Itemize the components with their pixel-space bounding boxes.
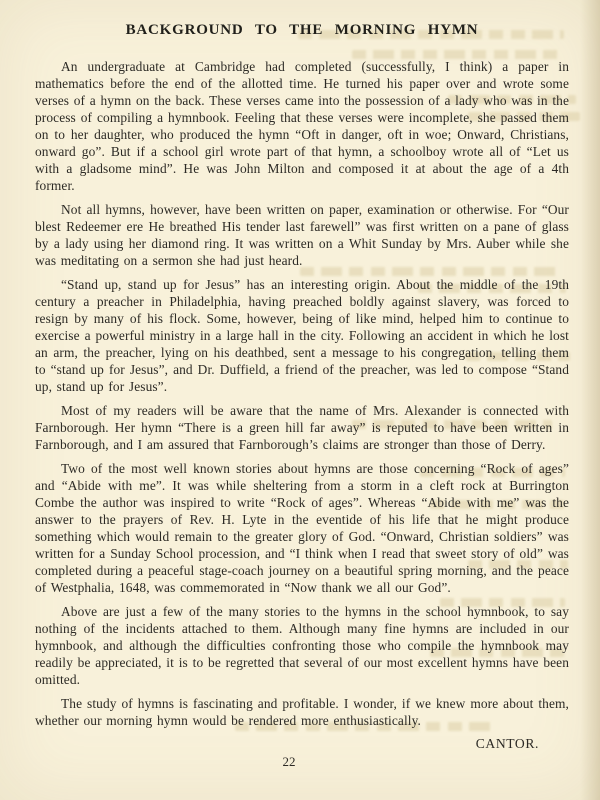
page-gutter-shadow	[580, 0, 600, 800]
paragraph: Above are just a few of the many stories…	[35, 603, 569, 688]
article-title: BACKGROUND TO THE MORNING HYMN	[35, 22, 569, 39]
article: BACKGROUND TO THE MORNING HYMN An underg…	[35, 22, 569, 752]
paragraph: Not all hymns, however, have been writte…	[35, 201, 569, 269]
scanned-page: BACKGROUND TO THE MORNING HYMN An underg…	[0, 0, 600, 800]
paragraph: The study of hymns is fascinating and pr…	[35, 695, 569, 729]
page-number: 22	[0, 754, 578, 770]
paragraph: “Stand up, stand up for Jesus” has an in…	[35, 276, 569, 395]
paragraph: An undergraduate at Cambridge had comple…	[35, 58, 569, 194]
author-signature: CANTOR.	[35, 736, 539, 752]
paragraph: Most of my readers will be aware that th…	[35, 402, 569, 453]
paragraph: Two of the most well known stories about…	[35, 460, 569, 596]
